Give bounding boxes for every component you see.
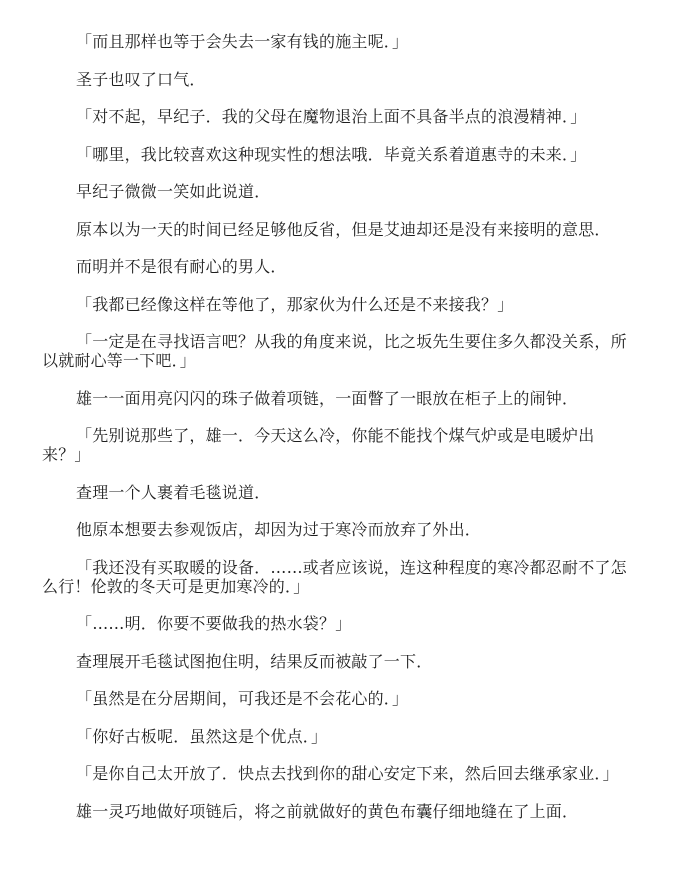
paragraph-18: 「你好古板呢．虽然这是个优点．」 (42, 727, 630, 746)
paragraph-10: 雄一一面用亮闪闪的珠子做着项链，一面瞥了一眼放在柜子上的闹钟． (42, 389, 630, 408)
paragraph-1: 「而且那样也等于会失去一家有钱的施主呢．」 (42, 32, 630, 51)
paragraph-9: 「一定是在寻找语言吧？从我的角度来说，比之坂先生要住多久都没关系，所以就耐心等一… (42, 332, 630, 370)
paragraph-7: 而明并不是很有耐心的男人． (42, 257, 630, 276)
paragraph-6: 原本以为一天的时间已经足够他反省，但是艾迪却还是没有来接明的意思． (42, 220, 630, 239)
paragraph-2: 圣子也叹了口气． (42, 70, 630, 89)
paragraph-13: 他原本想要去参观饭店，却因为过于寒冷而放弃了外出． (42, 520, 630, 539)
paragraph-14: 「我还没有买取暖的设备．……或者应该说，连这种程度的寒冷都忍耐不了怎么行！伦敦的… (42, 558, 630, 596)
paragraph-4: 「哪里，我比较喜欢这种现实性的想法哦．毕竟关系着道惠寺的未来．」 (42, 145, 630, 164)
paragraph-17: 「虽然是在分居期间，可我还是不会花心的．」 (42, 689, 630, 708)
paragraph-12: 查理一个人裹着毛毯说道． (42, 483, 630, 502)
paragraph-15: 「……明．你要不要做我的热水袋？」 (42, 614, 630, 633)
paragraph-5: 早纪子微微一笑如此说道． (42, 182, 630, 201)
paragraph-8: 「我都已经像这样在等他了，那家伙为什么还是不来接我？」 (42, 295, 630, 314)
paragraph-20: 雄一灵巧地做好项链后，将之前就做好的黄色布囊仔细地缝在了上面． (42, 802, 630, 821)
paragraph-3: 「对不起，早纪子．我的父母在魔物退治上面不具备半点的浪漫精神．」 (42, 107, 630, 126)
paragraph-19: 「是你自己太开放了．快点去找到你的甜心安定下来，然后回去继承家业．」 (42, 764, 630, 783)
paragraph-11: 「先别说那些了，雄一．今天这么冷，你能不能找个煤气炉或是电暖炉出来？」 (42, 426, 630, 464)
document-page: 「而且那样也等于会失去一家有钱的施主呢．」 圣子也叹了口气． 「对不起，早纪子．… (42, 32, 630, 839)
paragraph-16: 查理展开毛毯试图抱住明，结果反而被敲了一下． (42, 652, 630, 671)
